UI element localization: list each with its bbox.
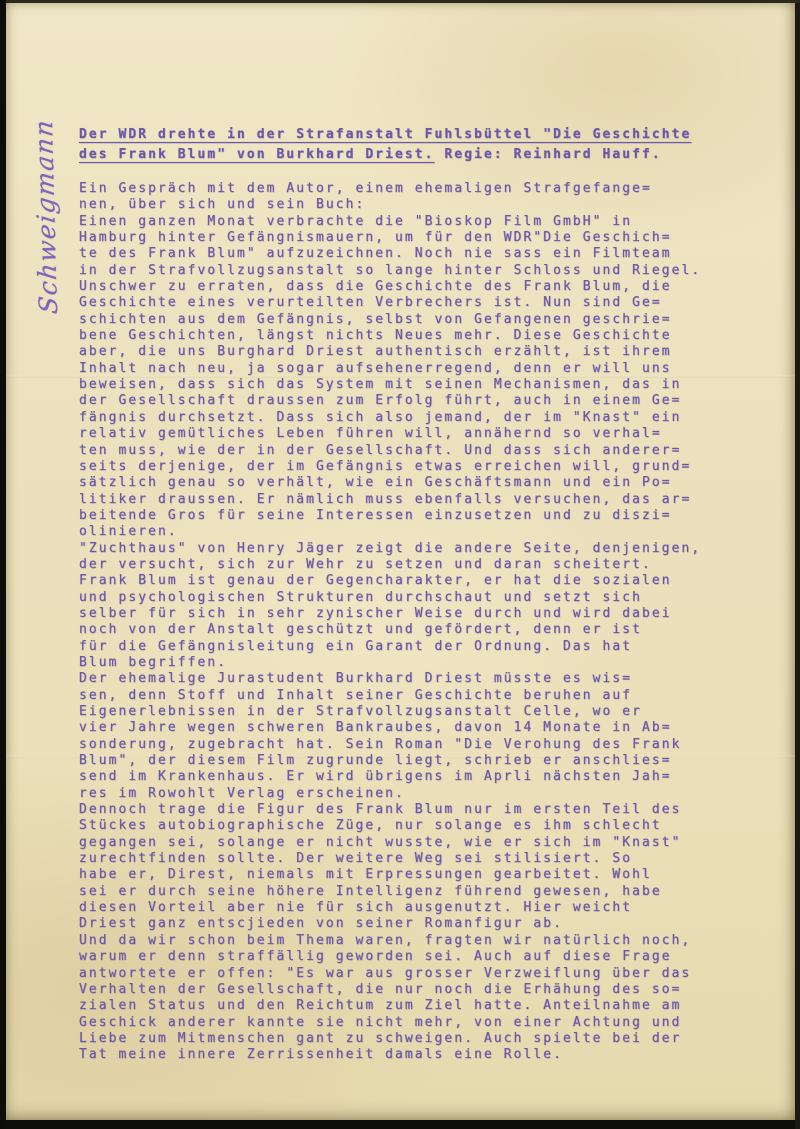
scanned-document-photo: Schweigmann Der WDR drehte in der Strafa… [0,0,800,1129]
typed-body-text: Ein Gespräch mit dem Autor, einem ehemal… [79,181,751,1064]
document-title: Der WDR drehte in der Strafanstalt Fuhls… [79,125,691,165]
title-line-1: Der WDR drehte in der Strafanstalt Fuhls… [79,127,691,142]
handwritten-name-annotation: Schweigmann [28,92,63,315]
title-line-2-rest: Regie: Reinhard Hauff. [435,147,662,162]
title-line-2-underlined: des Frank Blum" von Burkhard Driest. [79,147,435,162]
